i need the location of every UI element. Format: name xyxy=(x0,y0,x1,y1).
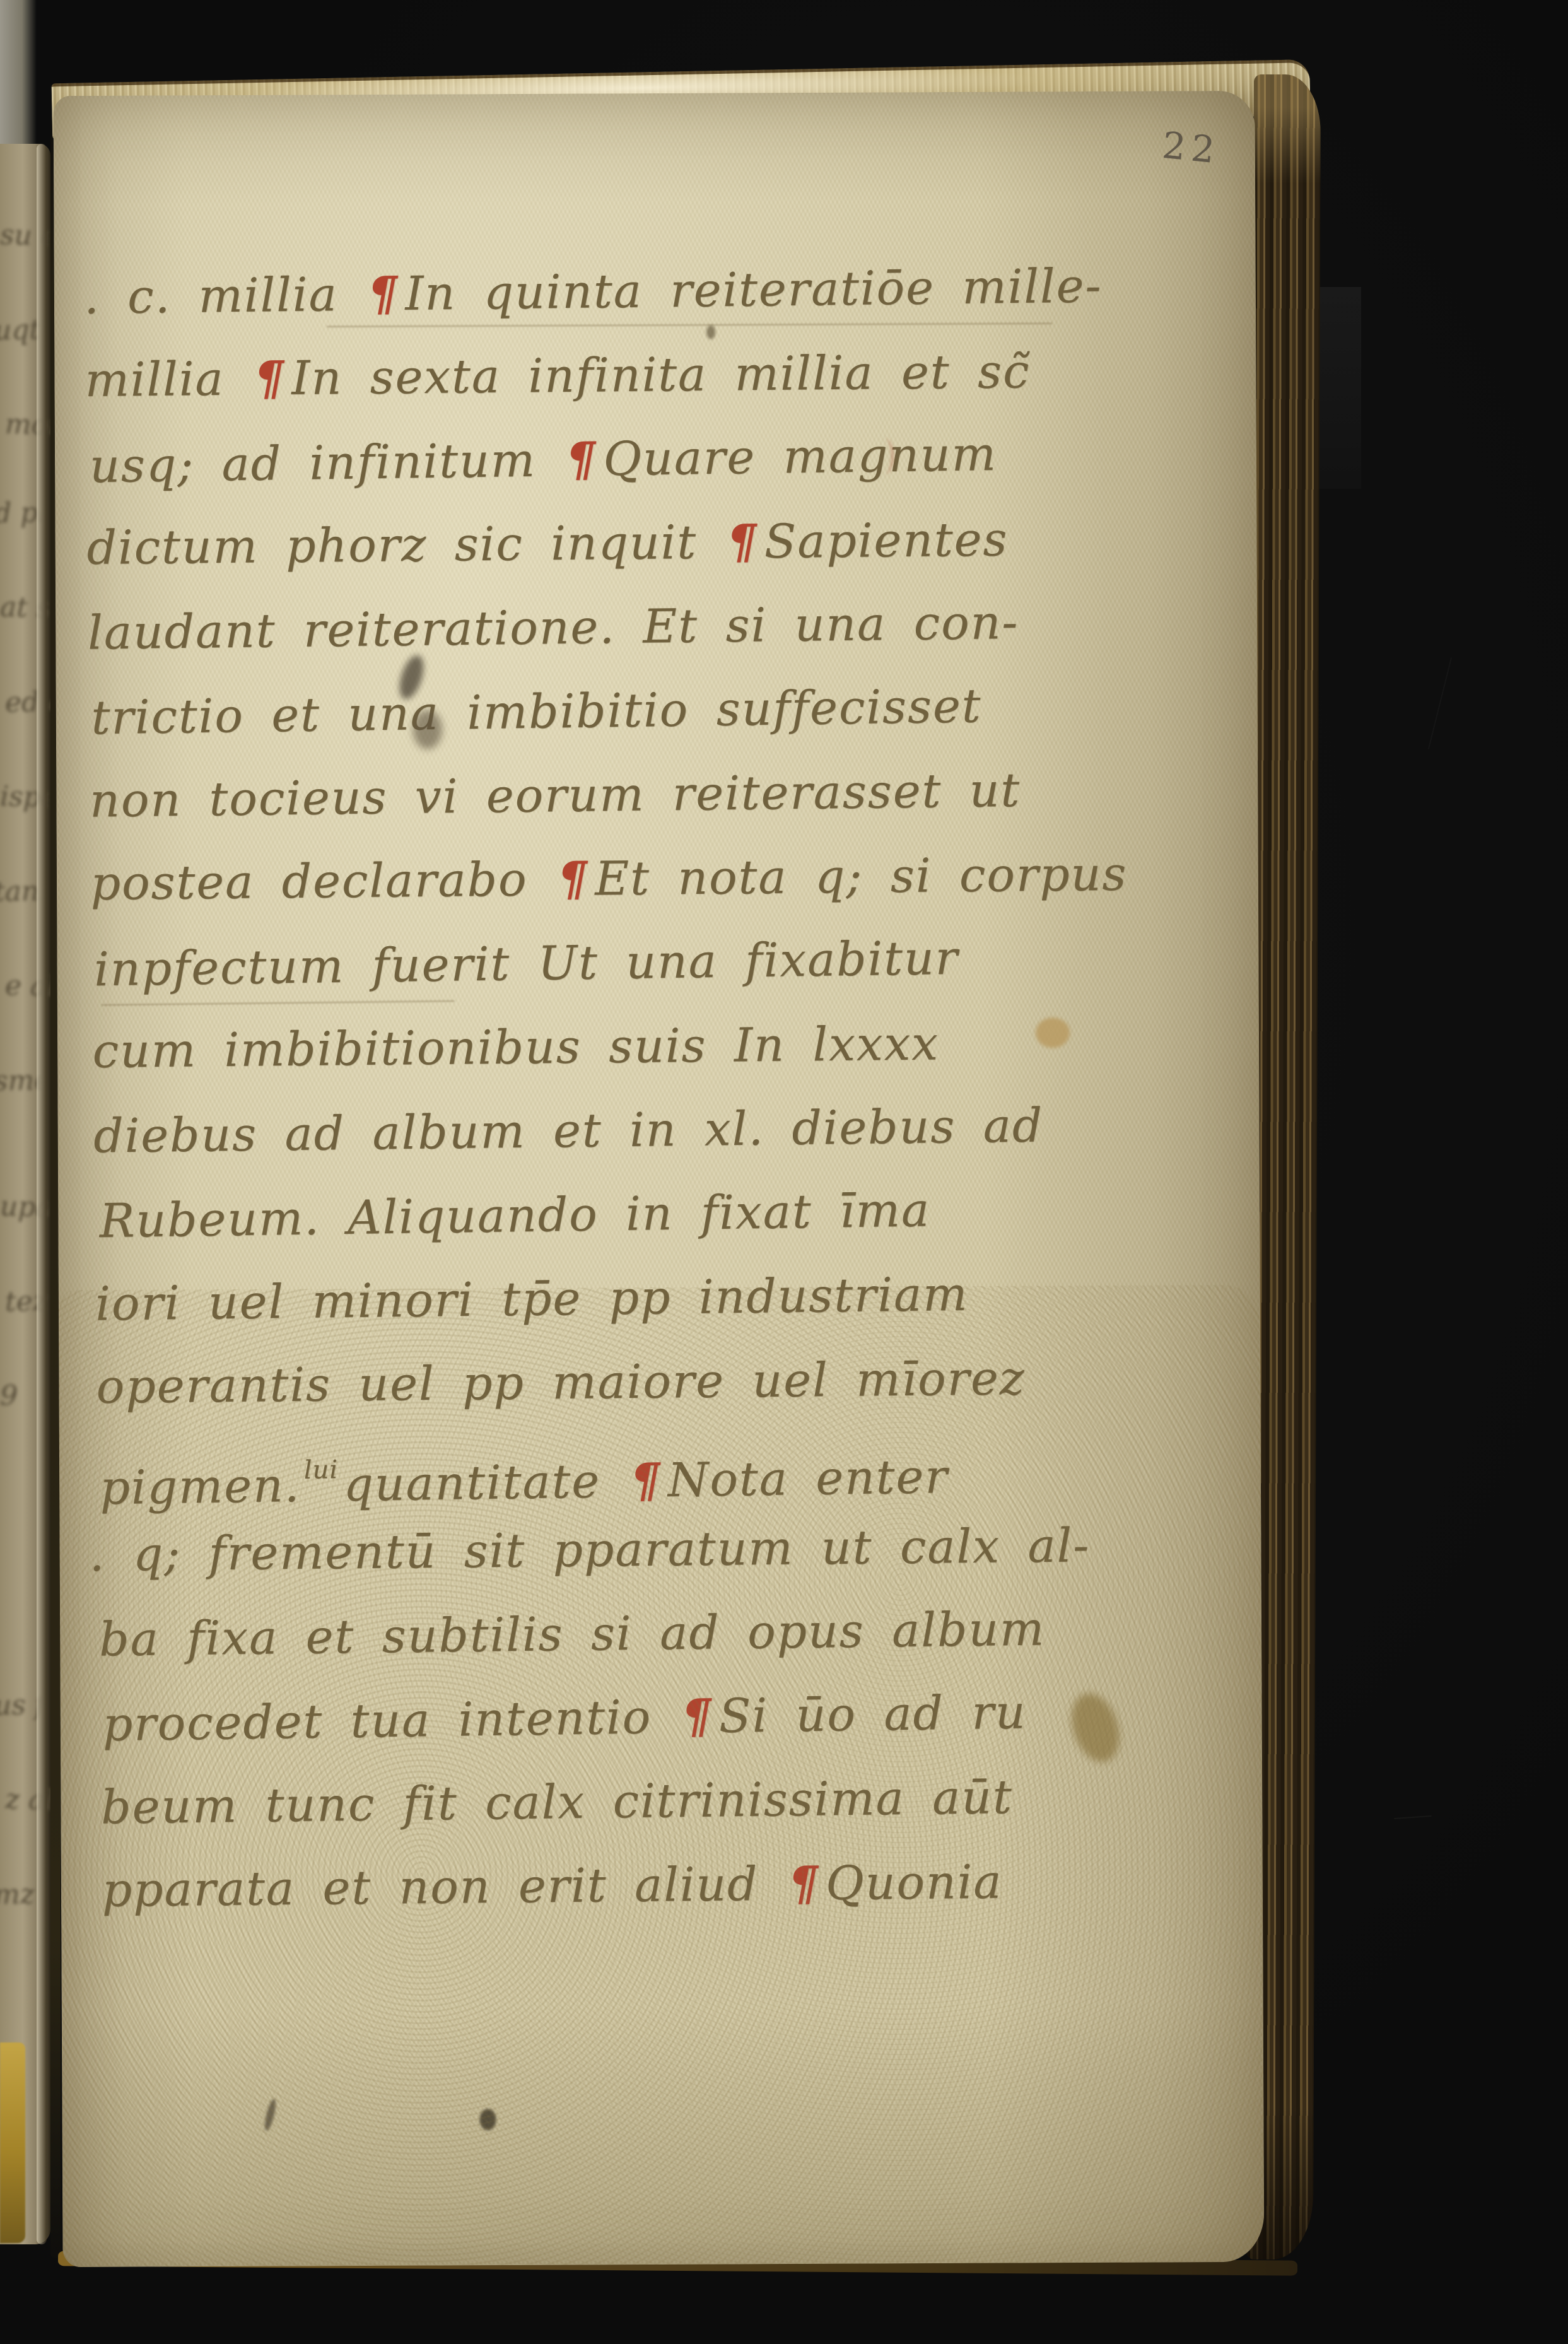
text-segment: usq; ad infinitum xyxy=(90,433,564,493)
manuscript-line: diebus ad album et in xl. diebus ad xyxy=(93,1083,1115,1178)
text-segment: inpfectum fuerit Ut una fixabitur xyxy=(94,931,959,997)
manuscript-line: millia ¶In sexta infinita millia et sc̃ xyxy=(85,329,1107,423)
text-segment: procedet tua intentio xyxy=(102,1690,679,1752)
superscript-correction: lui xyxy=(303,1455,338,1485)
manuscript-line: . q; frementū sit pparatum ut calx al- xyxy=(89,1504,1120,1597)
text-segment: Et nota q; si corpus xyxy=(595,847,1128,906)
text-segment: non tocieus vi eorum reiterasset ut xyxy=(90,763,1021,828)
facing-page-text-fragment: us fue xyxy=(0,1689,42,1721)
stain-spot xyxy=(262,2098,278,2131)
manuscript-page: 22 . c. millia ¶In quinta reiteratiōe mi… xyxy=(53,91,1264,2267)
manuscript-line: pparata et non erit aliud ¶Quonia xyxy=(102,1839,1124,1933)
manuscript-line: procedet tua intentio ¶Si ūo ad ru xyxy=(102,1669,1125,1767)
rubric-paragraph-mark: ¶ xyxy=(727,515,758,569)
facing-page-text-fragment: ispem xyxy=(0,780,49,814)
manuscript-line: . c. millia ¶In quinta reiteratiōe mille… xyxy=(83,244,1106,339)
manuscript-line: usq; ad infinitum ¶Quare magnum xyxy=(89,411,1111,509)
facing-page-text-fragment: at sa xyxy=(0,591,49,624)
facing-page-text-fragment: tez ro xyxy=(5,1285,54,1318)
facing-page-text-fragment: su e xyxy=(0,219,49,252)
rubric-paragraph-mark: ¶ xyxy=(788,1856,820,1911)
facing-page-text-fragment: ed al xyxy=(5,686,54,718)
manuscript-line: beum tunc fit calx citrinissima aūt xyxy=(100,1754,1123,1849)
text-segment: operantis uel pp maiore uel mīorez xyxy=(96,1351,1026,1414)
text-segment: dictum phorz sic inquit xyxy=(86,515,725,575)
stain-spot xyxy=(479,2109,496,2130)
manuscript-line: ba fixa et subtilis si ad opus album xyxy=(98,1586,1121,1682)
manuscript-line: non tocieus vi eorum reiterasset ut xyxy=(89,747,1111,843)
text-segment: postea declarabo xyxy=(90,852,555,911)
facing-page-gilt-sliver xyxy=(0,2042,25,2243)
facing-page-text-fragment: z al xyxy=(4,1783,53,1817)
text-segment: quantitate xyxy=(343,1454,628,1512)
text-segment: laudant reiteratione. Et si una con- xyxy=(88,595,1019,660)
rubric-paragraph-mark: ¶ xyxy=(681,1689,713,1744)
facing-page-text-fragment: d plue xyxy=(0,496,42,529)
text-segment: cum imbibitionibus suis In lxxxx xyxy=(92,1016,939,1078)
facing-page-text-fragment: uqti xyxy=(0,314,42,346)
manuscript-line: dictum phorz sic inquit ¶Sapientes xyxy=(86,497,1109,590)
facing-page-edge: su euqtimoied plueat saed alispemtanlse … xyxy=(0,144,50,2244)
text-segment: . q; frementū sit pparatum ut calx al- xyxy=(89,1518,1090,1582)
text-segment: In sexta infinita millia et sc̃ xyxy=(291,344,1031,406)
rubric-paragraph-mark: ¶ xyxy=(254,351,286,406)
text-block: . c. millia ¶In quinta reiteratiōe mille… xyxy=(83,244,1124,1933)
facing-page-text-fragment: moie xyxy=(4,408,53,442)
text-segment: beum tunc fit calx citrinissima aūt xyxy=(101,1770,1013,1834)
text-segment: Quonia xyxy=(826,1855,1003,1911)
facing-page-text-fragment: uparn xyxy=(0,1190,49,1224)
text-segment: Si ūo ad ru xyxy=(718,1685,1027,1743)
facing-page-text-fragment: mz xyxy=(0,1878,42,1911)
rubric-paragraph-mark: ¶ xyxy=(368,267,399,322)
manuscript-line: inpfectum fuerit Ut una fixabitur xyxy=(93,914,1116,1012)
text-segment: In quinta reiteratiōe mille- xyxy=(405,259,1103,321)
manuscript-line: iori uel minori tp̄e pp industriam xyxy=(95,1251,1117,1346)
text-segment: Sapientes xyxy=(764,512,1009,569)
text-segment: . c. millia xyxy=(84,267,366,325)
background-sheen xyxy=(1317,287,1361,489)
facing-page-text-fragment: tanls xyxy=(0,875,42,908)
text-segment: millia xyxy=(85,351,252,407)
text-segment: trictio et una imbibitio suffecisset xyxy=(91,679,982,745)
text-segment: pigmen. xyxy=(100,1458,301,1515)
text-segment: ba fixa et subtilis si ad opus album xyxy=(99,1602,1046,1667)
text-segment: iori uel minori tp̄e pp industriam xyxy=(95,1267,969,1332)
folio-number: 22 xyxy=(1161,124,1222,172)
scan-scratch xyxy=(1428,657,1452,749)
manuscript-line: trictio et una imbibitio suffecisset xyxy=(91,662,1114,760)
manuscript-line: pigmen.luiquantitate ¶Nota enter xyxy=(99,1417,1122,1515)
facing-page-text-fragment: smed xyxy=(0,1064,42,1097)
facing-page-text-fragment: 9 xyxy=(0,1380,49,1413)
text-segment: diebus ad album et in xl. diebus ad xyxy=(93,1098,1044,1163)
rubric-paragraph-mark: ¶ xyxy=(630,1453,662,1508)
manuscript-line: laudant reiteratione. Et si una con- xyxy=(87,580,1109,675)
manuscript-line: postea declarabo ¶Et nota q; si corpus xyxy=(90,833,1113,926)
manuscript-line: cum imbibitionibus suis In lxxxx xyxy=(92,1000,1115,1094)
text-segment: Rubeum. Aliquando in fixat īma xyxy=(99,1183,930,1248)
manuscript-line: Rubeum. Aliquando in fixat īma xyxy=(99,1166,1120,1263)
scan-scratch xyxy=(1394,1815,1432,1819)
manuscript-line: operantis uel pp maiore uel mīorez xyxy=(96,1336,1118,1429)
manuscript-photo: su euqtimoied plueat saed alispemtanlse … xyxy=(0,0,1568,2344)
text-segment: Quare magnum xyxy=(603,427,997,486)
text-segment: Nota enter xyxy=(667,1450,949,1508)
rubric-paragraph-mark: ¶ xyxy=(558,852,589,906)
rubric-paragraph-mark: ¶ xyxy=(566,432,597,487)
facing-page-text-fragment: e al xyxy=(4,970,53,1003)
text-segment: pparata et non erit aliud xyxy=(102,1857,786,1918)
